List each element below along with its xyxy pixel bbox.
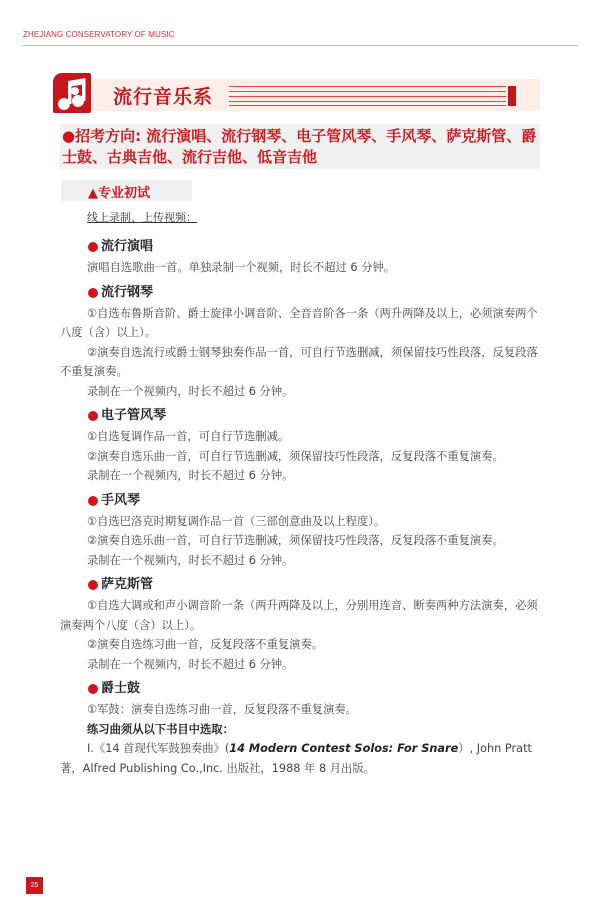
bullet-dot-icon <box>88 411 98 421</box>
section-title-saxophone: 萨克斯管 <box>60 574 545 596</box>
paragraph: 录制在一个视频内，时长不超过 6 分钟。 <box>60 466 545 486</box>
section-title-accordion: 手风琴 <box>60 490 545 512</box>
running-header: ZHEJIANG CONSERVATORY OF MUSIC <box>23 30 174 39</box>
paragraph: ②演奏自选乐曲一首，可自行节选删减，须保留技巧性段落，反复段落不重复演奏。 <box>60 447 545 467</box>
section-title-jazz-drums: 爵士鼓 <box>60 678 545 700</box>
bullet-dot-icon <box>88 242 98 252</box>
section-title-pop-vocal: 流行演唱 <box>60 236 545 258</box>
paragraph: ①自选布鲁斯音阶、爵士旋律小调音阶、全音音阶各一条（两升两降及以上，必须演奏两个… <box>60 304 545 343</box>
staff-barline-decoration <box>508 86 516 106</box>
paragraph: 演唱自选歌曲一首。单独录制一个视频，时长不超过 6 分钟。 <box>60 258 545 278</box>
paragraph: 录制在一个视频内，时长不超过 6 分钟。 <box>60 382 545 402</box>
page-number: 25 <box>26 877 43 894</box>
music-note-icon <box>53 73 91 113</box>
exam-directions-text: ●招考方向: 流行演唱、流行钢琴、电子管风琴、手风琴、萨克斯管、爵士鼓、古典吉他… <box>62 126 546 168</box>
paragraph: ②演奏自选乐曲一首，可自行节选删减，须保留技巧性段落，反复段落不重复演奏。 <box>60 531 545 551</box>
bullet-dot-icon <box>88 496 98 506</box>
paragraph: ①自选复调作品一首，可自行节选删减。 <box>60 427 545 447</box>
stage-heading: ▲专业初试 <box>61 180 192 201</box>
paragraph: ②演奏自选练习曲一首，反复段落不重复演奏。 <box>60 635 545 655</box>
bullet-dot-icon <box>88 288 98 298</box>
paragraph: 录制在一个视频内，时长不超过 6 分钟。 <box>60 655 545 675</box>
bullet-dot-icon <box>88 580 98 590</box>
sections-content: 流行演唱 演唱自选歌曲一首。单独录制一个视频，时长不超过 6 分钟。 流行钢琴 … <box>60 232 545 778</box>
paragraph: ①自选大调或和声小调音阶一条（两升两降及以上，分别用连音、断奏两种方法演奏，必须… <box>60 596 545 635</box>
stage-heading-label: ▲专业初试 <box>88 182 150 201</box>
online-recording-label: 线上录制、上传视频： <box>87 209 197 225</box>
book-reference: Ⅰ.《14 首现代军鼓独奏曲》(14 Modern Contest Solos:… <box>60 739 545 778</box>
paragraph: ②演奏自选流行或爵士钢琴独奏作品一首，可自行节选删减，须保留技巧性段落，反复段落… <box>60 343 545 382</box>
department-title: 流行音乐系 <box>113 82 213 109</box>
header-rule <box>23 45 578 46</box>
paragraph: ①军鼓：演奏自选练习曲一首，反复段落不重复演奏。 <box>60 700 545 720</box>
department-banner: 流行音乐系 <box>53 73 540 113</box>
paragraph: ①自选巴洛克时期复调作品一首（三部创意曲及以上程度）。 <box>60 512 545 532</box>
paragraph: 录制在一个视频内，时长不超过 6 分钟。 <box>60 551 545 571</box>
section-title-electronic-organ: 电子管风琴 <box>60 405 545 427</box>
book-title-english: 14 Modern Contest Solos: For Snare <box>229 742 458 755</box>
exam-directions-panel: ●招考方向: 流行演唱、流行钢琴、电子管风琴、手风琴、萨克斯管、爵士鼓、古典吉他… <box>60 124 540 169</box>
bullet-dot-icon <box>88 684 98 694</box>
section-title-pop-piano: 流行钢琴 <box>60 282 545 304</box>
bold-paragraph: 练习曲须从以下书目中选取： <box>60 720 545 740</box>
staff-lines-decoration <box>229 86 506 106</box>
